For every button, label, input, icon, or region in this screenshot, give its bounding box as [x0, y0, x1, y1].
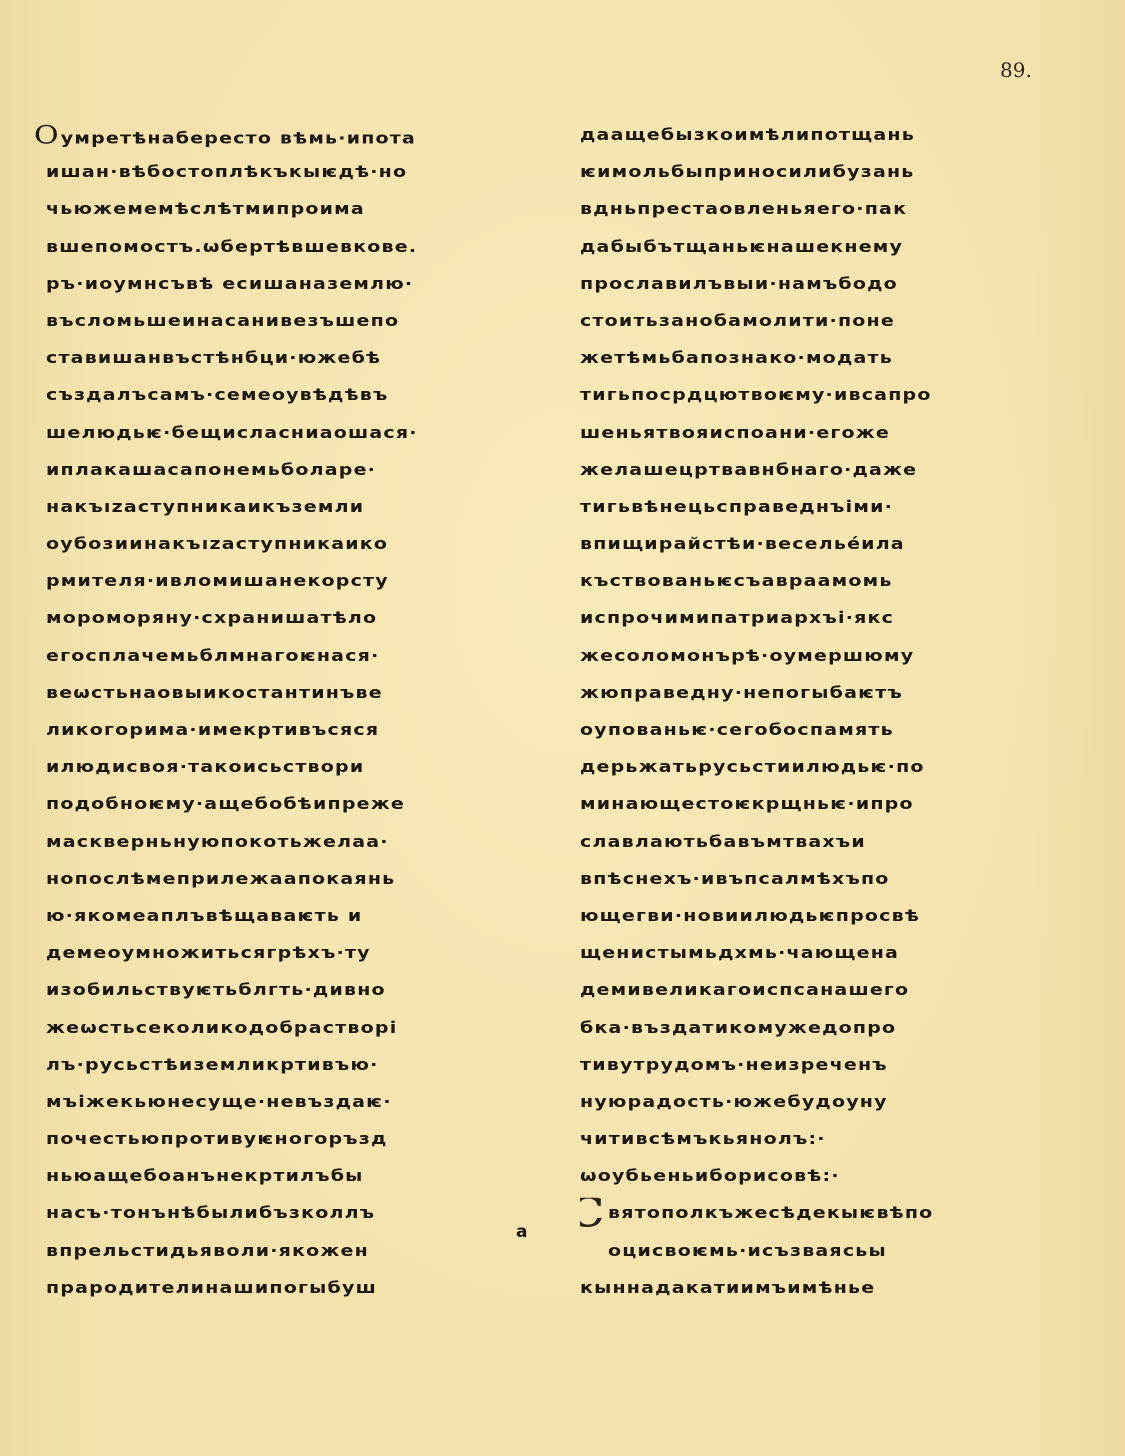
text-line: впрельстидьяволи·якожен: [34, 1235, 554, 1267]
text-line: бка·въздатикомужедопро: [580, 1012, 1080, 1044]
text-line: ишан·вѣбостоплѣкъкыѥдѣ·но: [34, 157, 554, 189]
text-line: впѣснехъ·ивъпсалмѣхъпо: [580, 864, 1080, 896]
text-line: славлаютьбавъмтвахъи: [580, 826, 1080, 858]
text-line: ѥимольбыприносилибузань: [580, 157, 1080, 189]
page-number: 89.: [1000, 58, 1032, 82]
text-line: шелюдьѥ·бещисласниаошася·: [34, 417, 554, 449]
text-line: жеѡстьсеколикодобрастворі: [34, 1012, 554, 1044]
text-line: вшепомостъ.ѡбертѣвшевкове.: [34, 231, 554, 263]
text-line: егосплачемьблмнагоѥнася·: [34, 640, 554, 672]
text-line: въсломьшеинасанивезъшепо: [34, 306, 554, 338]
text-line: стоитьзанобамолити·поне: [580, 306, 1080, 338]
text-line: Оумретѣнабересто вѣмь·ипота: [34, 120, 554, 152]
line-text: умретѣнабересто вѣмь·ипота: [61, 129, 416, 148]
text-line: илюдисвоя·такоисьствори: [34, 752, 554, 784]
text-line: демеоумножитьсягрѣхъ·ту: [34, 938, 554, 970]
text-line: създалъсамъ·семеоувѣдѣвъ: [34, 380, 554, 412]
text-line: щенистымьдхмь·чающена: [580, 938, 1080, 970]
decorated-initial: С: [580, 1198, 605, 1230]
text-line: читивсѣмъкьянолъ:·: [580, 1124, 1080, 1156]
manuscript-column-right: даащебызкоимѣлипотщань ѥимольбыприносили…: [580, 117, 1080, 1307]
text-line: подобноѥму·ащебобѣипреже: [34, 789, 554, 821]
text-line: кыннадакатиимъимѣнье: [580, 1273, 1080, 1305]
text-line: вдньпрестаовленьяего·пак: [580, 194, 1080, 226]
text-line: ньюащебоанънекртилъбы: [34, 1161, 554, 1193]
initial-letter: О: [34, 121, 60, 151]
text-line: ставишанвъстѣнбци·южебѣ: [34, 343, 554, 375]
text-line: жесоломонърѣ·оумершюму: [580, 640, 1080, 672]
text-line: минающестоѥкрщньѥ·ипро: [580, 789, 1080, 821]
text-line: мъіжекьюнесуще·невъздаѥ·: [34, 1087, 554, 1119]
text-line: прославилъвыи·намъбодо: [580, 269, 1080, 301]
text-line: шеньятвояиспоани·егоже: [580, 417, 1080, 449]
text-line: прародителинашипогыбуш: [34, 1273, 554, 1305]
text-line: ликогорима·имекртивъсяся: [34, 715, 554, 747]
text-line: демивеликагоиспсанашего: [580, 975, 1080, 1007]
text-line: накъızаступникаикъземли: [34, 492, 554, 524]
text-line: оубозиинакъızаступникаико: [34, 529, 554, 561]
text-line: маскверньнуюпокотьжелаа·: [34, 826, 554, 858]
text-line: ю·якомеаплъвѣщаваѥть и: [34, 901, 554, 933]
text-line: оцисвоѥмь·исъзваясьы: [580, 1235, 1080, 1267]
text-line: жюправедну·непогыбаѥтъ: [580, 678, 1080, 710]
line-text: вятополкъжесѣдекыѥвѣпо: [608, 1204, 933, 1223]
text-line: тивутрудомъ·неизреченъ: [580, 1049, 1080, 1081]
text-line: насъ·тонънѣбылибъзколлъ: [34, 1198, 554, 1230]
text-line: ѡоубьеньиборисовѣ:·: [580, 1161, 1080, 1193]
text-line: изобильствуѥтьблгть·дивно: [34, 975, 554, 1007]
text-line: Святополкъжесѣдекыѥвѣпо: [580, 1198, 1080, 1230]
text-line: веѡстьнаовыикостантинъве: [34, 678, 554, 710]
text-line: мороморяну·схранишатѣло: [34, 603, 554, 635]
line-end-mark: а: [516, 1222, 527, 1242]
text-line: иплакашасапонемьболаре·: [34, 454, 554, 486]
text-line: нопослѣмеприлежаапокаянь: [34, 864, 554, 896]
text-line: къствованьѥсъавраамомь: [580, 566, 1080, 598]
text-line: жетѣмьбапознако·модать: [580, 343, 1080, 375]
text-line: рмителя·ивломишанекорсту: [34, 566, 554, 598]
text-line: ръ·иоумнсъвѣ есишаназемлю·: [34, 269, 554, 301]
text-line: чьюжемемѣслѣтмипроима: [34, 194, 554, 226]
text-line: тигьпосрдцютвоѥму·ивсапро: [580, 380, 1080, 412]
text-line: нуюрадость·южебудоуну: [580, 1087, 1080, 1119]
text-line: впищирайстѣи·веселье́ила: [580, 529, 1080, 561]
text-line: лъ·русьстѣиземликртивъю·: [34, 1049, 554, 1081]
text-line: желашецртвавнбнаго·даже: [580, 454, 1080, 486]
text-line: тигьвѣнецьсправеднъіми·: [580, 492, 1080, 524]
manuscript-column-left: Оумретѣнабересто вѣмь·ипота ишан·вѣбосто…: [34, 117, 554, 1307]
text-line: дерьжатьрусьстиилюдьѥ·по: [580, 752, 1080, 784]
text-line: испрочимипатриархъі·якс: [580, 603, 1080, 635]
text-line: дабыбътщаньѥнашекнему: [580, 231, 1080, 263]
text-line: почестьюпротивуѥногоръзд: [34, 1124, 554, 1156]
text-line: даащебызкоимѣлипотщань: [580, 120, 1080, 152]
text-line: ющегви·новиилюдьѥпросвѣ: [580, 901, 1080, 933]
text-line: оупованьѥ·сегобоспамять: [580, 715, 1080, 747]
